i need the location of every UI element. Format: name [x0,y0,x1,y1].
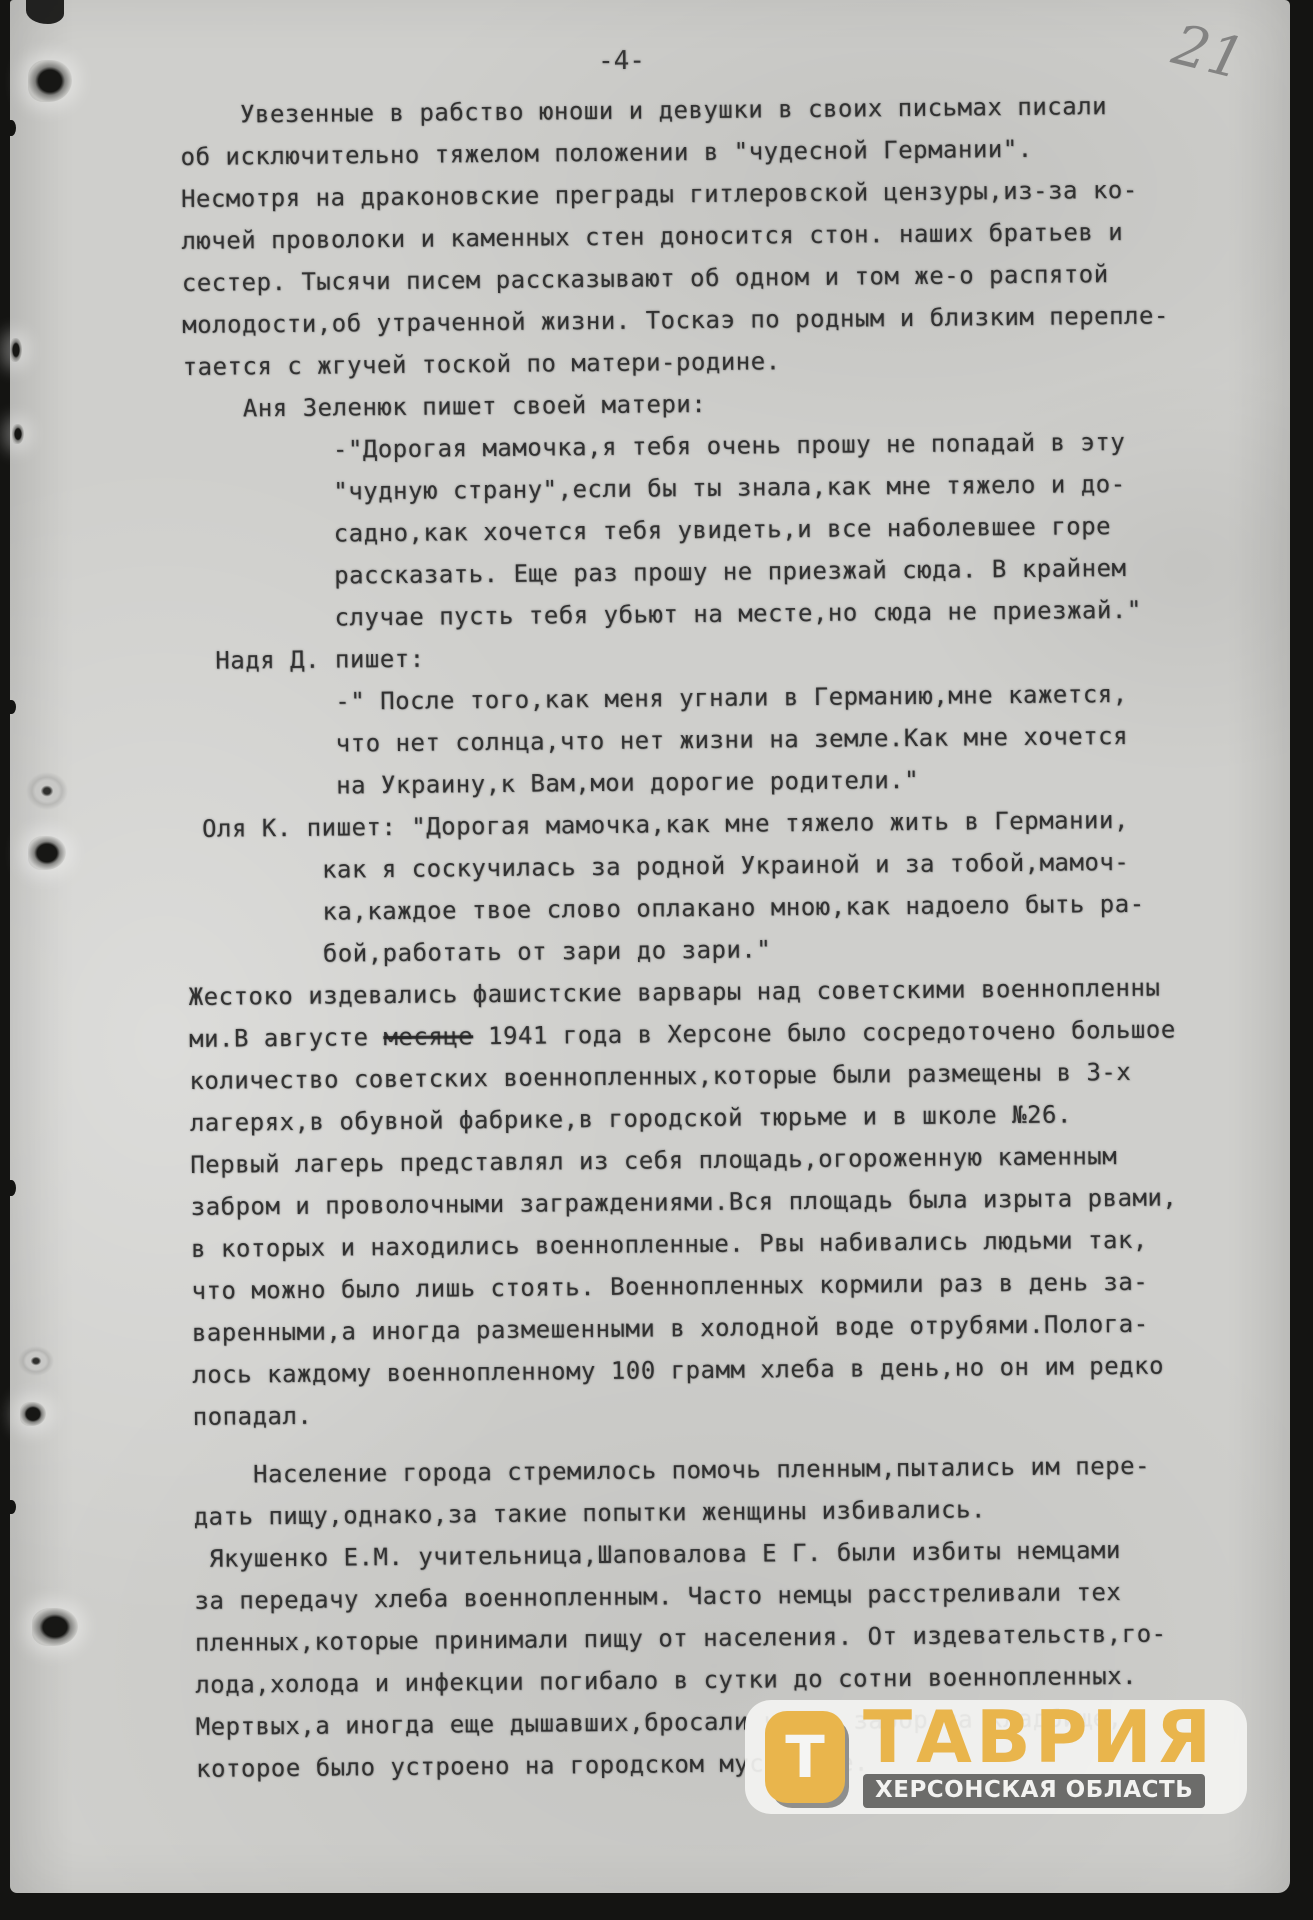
paper-edge-tear [7,1500,16,1514]
t-logo-letter: Т [785,1728,825,1786]
paper-edge-tear [7,120,16,136]
text-segment: 1941 года в Херсоне было сосредоточено б… [473,1015,1176,1050]
hole-punch [28,836,66,870]
t-logo-icon: Т [765,1711,845,1803]
hole-punch [28,60,72,102]
scan-background: { "theme":{ "paper":"#cfcfcc", "scan_bg"… [0,0,1313,1920]
paper-edge-tear [7,1180,16,1196]
hole-punch [10,338,22,362]
paper-corner-tear [26,0,64,24]
struck-word: месяце [383,1022,473,1051]
watermark-brand-text: ТАВРИЯ [863,1706,1215,1769]
text-segment: ми.В августе [189,1023,384,1053]
watermark-text-group: ТАВРИЯ ХЕРСОНСКАЯ ОБЛАСТЬ [863,1706,1215,1808]
folio-number: 21 [1166,12,1251,92]
paper-edge-tear [7,700,16,714]
watermark-region-label: ХЕРСОНСКАЯ ОБЛАСТЬ [863,1774,1205,1808]
watermark-badge: Т ТАВРИЯ ХЕРСОНСКАЯ ОБЛАСТЬ [745,1700,1247,1814]
hole-punch [26,772,68,810]
typewritten-text: Увезенные в рабство юноши и девушки в св… [180,83,1296,1789]
hole-punch [20,1402,46,1426]
page-number: -4- [598,46,645,76]
hole-punch [32,1608,78,1646]
hole-punch [18,1346,54,1376]
document-page: -4- 21 Увезенные в рабство юноши и девуш… [10,0,1290,1893]
hole-punch [12,424,24,444]
